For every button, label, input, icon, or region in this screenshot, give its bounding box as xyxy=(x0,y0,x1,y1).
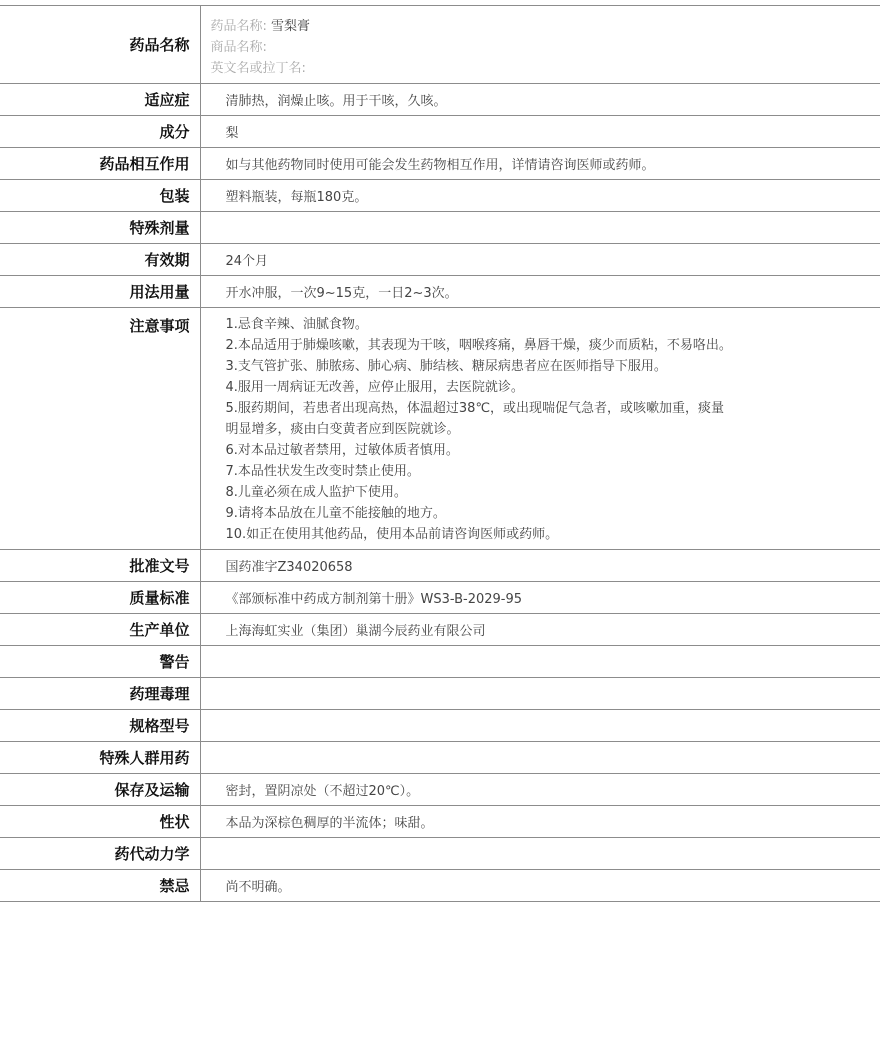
generic-name-label: 药品名称: xyxy=(211,19,267,34)
value-shelf-life: 24个月 xyxy=(200,244,880,276)
value-storage: 密封，置阴凉处（不超过20℃）。 xyxy=(200,774,880,806)
row-special-populations: 特殊人群用药 xyxy=(0,742,880,774)
row-manufacturer: 生产单位 上海海虹实业（集团）巢湖今辰药业有限公司 xyxy=(0,614,880,646)
precaution-item: 6.对本品过敏者禁用，过敏体质者慎用。 xyxy=(226,440,880,461)
precaution-item: 明显增多，痰由白变黄者应到医院就诊。 xyxy=(226,419,880,440)
precaution-item: 1.忌食辛辣、油腻食物。 xyxy=(226,314,880,335)
label-special-dosage: 特殊剂量 xyxy=(0,212,200,244)
label-specification: 规格型号 xyxy=(0,710,200,742)
label-quality-standard: 质量标准 xyxy=(0,582,200,614)
precaution-item: 10.如正在使用其他药品，使用本品前请咨询医师或药师。 xyxy=(226,524,880,545)
value-description: 本品为深棕色稠厚的半流体；味甜。 xyxy=(200,806,880,838)
generic-name-value: 雪梨膏 xyxy=(271,19,310,34)
value-manufacturer: 上海海虹实业（集团）巢湖今辰药业有限公司 xyxy=(200,614,880,646)
english-name-line: 英文名或拉丁名: xyxy=(211,58,880,79)
label-warning: 警告 xyxy=(0,646,200,678)
precaution-item: 3.支气管扩张、肺脓疡、肺心病、肺结核、糖尿病患者应在医师指导下服用。 xyxy=(226,356,880,377)
label-packaging: 包装 xyxy=(0,180,200,212)
row-interactions: 药品相互作用 如与其他药物同时使用可能会发生药物相互作用，详情请咨询医师或药师。 xyxy=(0,148,880,180)
trade-name-label: 商品名称: xyxy=(211,40,267,55)
trade-name-line: 商品名称: xyxy=(211,37,880,58)
value-specification xyxy=(200,710,880,742)
value-interactions: 如与其他药物同时使用可能会发生药物相互作用，详情请咨询医师或药师。 xyxy=(200,148,880,180)
row-drug-name: 药品名称 药品名称: 雪梨膏 商品名称: 英文名或拉丁名: xyxy=(0,6,880,84)
label-special-populations: 特殊人群用药 xyxy=(0,742,200,774)
row-specification: 规格型号 xyxy=(0,710,880,742)
value-quality-standard: 《部颁标准中药成方制剂第十册》WS3-B-2029-95 xyxy=(200,582,880,614)
label-approval-number: 批准文号 xyxy=(0,550,200,582)
label-manufacturer: 生产单位 xyxy=(0,614,200,646)
label-dosage: 用法用量 xyxy=(0,276,200,308)
label-ingredients: 成分 xyxy=(0,116,200,148)
row-description: 性状 本品为深棕色稠厚的半流体；味甜。 xyxy=(0,806,880,838)
value-pharmacokinetics xyxy=(200,838,880,870)
value-contraindications: 尚不明确。 xyxy=(200,870,880,902)
value-approval-number: 国药准字Z34020658 xyxy=(200,550,880,582)
row-dosage: 用法用量 开水冲服，一次9~15克，一日2~3次。 xyxy=(0,276,880,308)
label-drug-name: 药品名称 xyxy=(0,6,200,84)
precaution-item: 5.服药期间，若患者出现高热，体温超过38℃，或出现喘促气急者，或咳嗽加重，痰量 xyxy=(226,398,880,419)
row-shelf-life: 有效期 24个月 xyxy=(0,244,880,276)
value-warning xyxy=(200,646,880,678)
row-warning: 警告 xyxy=(0,646,880,678)
label-indications: 适应症 xyxy=(0,84,200,116)
label-contraindications: 禁忌 xyxy=(0,870,200,902)
row-quality-standard: 质量标准 《部颁标准中药成方制剂第十册》WS3-B-2029-95 xyxy=(0,582,880,614)
value-packaging: 塑料瓶装，每瓶180克。 xyxy=(200,180,880,212)
precaution-item: 2.本品适用于肺燥咳嗽，其表现为干咳，咽喉疼痛，鼻唇干燥，痰少而质粘，不易咯出。 xyxy=(226,335,880,356)
row-storage: 保存及运输 密封，置阴凉处（不超过20℃）。 xyxy=(0,774,880,806)
row-indications: 适应症 清肺热，润燥止咳。用于干咳，久咳。 xyxy=(0,84,880,116)
row-pharmacokinetics: 药代动力学 xyxy=(0,838,880,870)
row-ingredients: 成分 梨 xyxy=(0,116,880,148)
value-indications: 清肺热，润燥止咳。用于干咳，久咳。 xyxy=(200,84,880,116)
label-description: 性状 xyxy=(0,806,200,838)
precautions-list: 1.忌食辛辣、油腻食物。 2.本品适用于肺燥咳嗽，其表现为干咳，咽喉疼痛，鼻唇干… xyxy=(226,308,880,549)
precaution-item: 4.服用一周病证无改善，应停止服用，去医院就诊。 xyxy=(226,377,880,398)
label-precautions: 注意事项 xyxy=(0,308,200,550)
value-ingredients: 梨 xyxy=(200,116,880,148)
value-pharmacology-toxicology xyxy=(200,678,880,710)
precaution-item: 8.儿童必须在成人监护下使用。 xyxy=(226,482,880,503)
english-name-label: 英文名或拉丁名: xyxy=(211,61,306,76)
label-interactions: 药品相互作用 xyxy=(0,148,200,180)
row-precautions: 注意事项 1.忌食辛辣、油腻食物。 2.本品适用于肺燥咳嗽，其表现为干咳，咽喉疼… xyxy=(0,308,880,550)
value-dosage: 开水冲服，一次9~15克，一日2~3次。 xyxy=(200,276,880,308)
precaution-item: 9.请将本品放在儿童不能接触的地方。 xyxy=(226,503,880,524)
row-special-dosage: 特殊剂量 xyxy=(0,212,880,244)
value-special-populations xyxy=(200,742,880,774)
label-shelf-life: 有效期 xyxy=(0,244,200,276)
label-pharmacology-toxicology: 药理毒理 xyxy=(0,678,200,710)
row-contraindications: 禁忌 尚不明确。 xyxy=(0,870,880,902)
drug-spec-document: 药品名称 药品名称: 雪梨膏 商品名称: 英文名或拉丁名: 适应症 清肺热，润燥… xyxy=(0,0,880,902)
precaution-item: 7.本品性状发生改变时禁止使用。 xyxy=(226,461,880,482)
row-approval-number: 批准文号 国药准字Z34020658 xyxy=(0,550,880,582)
label-pharmacokinetics: 药代动力学 xyxy=(0,838,200,870)
row-packaging: 包装 塑料瓶装，每瓶180克。 xyxy=(0,180,880,212)
drug-spec-table: 药品名称 药品名称: 雪梨膏 商品名称: 英文名或拉丁名: 适应症 清肺热，润燥… xyxy=(0,5,880,902)
label-storage: 保存及运输 xyxy=(0,774,200,806)
row-pharmacology-toxicology: 药理毒理 xyxy=(0,678,880,710)
value-drug-name: 药品名称: 雪梨膏 商品名称: 英文名或拉丁名: xyxy=(200,6,880,84)
generic-name-line: 药品名称: 雪梨膏 xyxy=(211,16,880,37)
value-special-dosage xyxy=(200,212,880,244)
value-precautions: 1.忌食辛辣、油腻食物。 2.本品适用于肺燥咳嗽，其表现为干咳，咽喉疼痛，鼻唇干… xyxy=(200,308,880,550)
